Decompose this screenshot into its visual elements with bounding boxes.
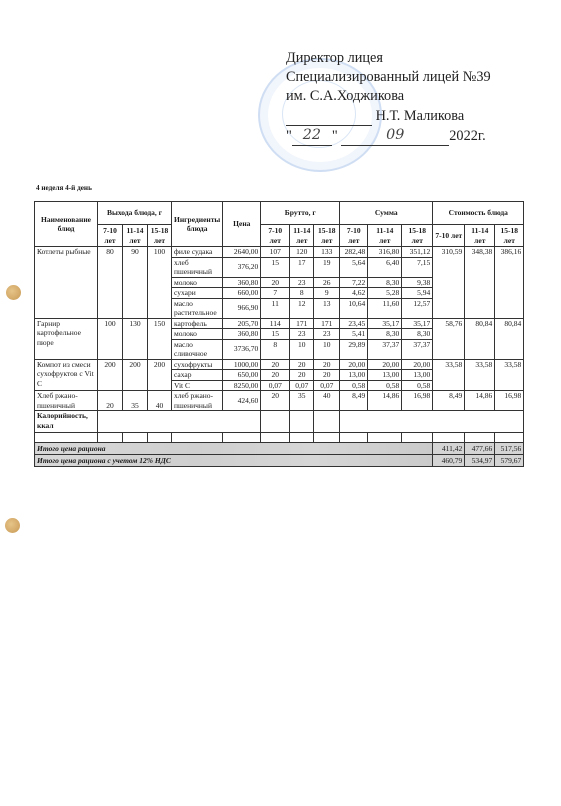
ingredient-sum: 0,58 bbox=[402, 380, 433, 391]
age-header-cost: 7-10 лет bbox=[433, 225, 465, 247]
header-yield: Выхода блюда, г bbox=[98, 202, 172, 225]
empty-cell bbox=[368, 433, 402, 443]
ingredient-brutto: 0,07 bbox=[290, 380, 314, 391]
ingredient-name: масло растительное bbox=[172, 298, 223, 318]
ingredient-sum: 13,00 bbox=[368, 370, 402, 381]
ingredient-name: Vit C bbox=[172, 380, 223, 391]
dish-cost: 8,49 bbox=[433, 391, 465, 411]
ingredient-brutto: 12 bbox=[290, 298, 314, 318]
total-row: Итого цена рациона с учетом 12% НДС460,7… bbox=[35, 455, 524, 467]
dish-cost: 310,59 bbox=[433, 247, 465, 319]
date-day: 22 bbox=[292, 126, 332, 146]
calories-cell bbox=[314, 411, 340, 433]
ingredient-price: 205,70 bbox=[223, 318, 261, 329]
ingredient-sum: 13,00 bbox=[402, 370, 433, 381]
ingredient-name: сухофрукты bbox=[172, 359, 223, 370]
ingredient-sum: 316,80 bbox=[368, 247, 402, 258]
ingredient-brutto: 107 bbox=[261, 247, 290, 258]
ingredient-brutto: 20 bbox=[290, 370, 314, 381]
ingredient-brutto: 23 bbox=[290, 277, 314, 288]
empty-cell bbox=[261, 433, 290, 443]
dish-yield: 35 bbox=[123, 391, 148, 411]
table-row: Хлеб ржано-пшеничный203540хлеб ржано-пше… bbox=[35, 391, 524, 411]
dish-cost: 80,84 bbox=[465, 318, 495, 359]
total-value: 477,66 bbox=[465, 443, 495, 455]
age-header-brutto: 11-14 лет bbox=[290, 225, 314, 247]
ingredient-name: хлеб ржано-пшеничный bbox=[172, 391, 223, 411]
dish-cost: 16,98 bbox=[495, 391, 524, 411]
ingredient-brutto: 120 bbox=[290, 247, 314, 258]
ingredient-sum: 0,58 bbox=[340, 380, 368, 391]
total-label: Итого цена рациона bbox=[35, 443, 433, 455]
date-year: 2022г. bbox=[449, 128, 485, 144]
ingredient-name: сухари bbox=[172, 288, 223, 299]
dish-yield: 150 bbox=[148, 318, 172, 359]
empty-cell bbox=[433, 433, 465, 443]
total-value: 411,42 bbox=[433, 443, 465, 455]
menu-table: Наименование блюд Выхода блюда, г Ингред… bbox=[34, 201, 524, 467]
total-label: Итого цена рациона с учетом 12% НДС bbox=[35, 455, 433, 467]
empty-cell bbox=[223, 433, 261, 443]
ingredient-sum: 14,86 bbox=[368, 391, 402, 411]
ingredient-brutto: 35 bbox=[290, 391, 314, 411]
dish-yield: 90 bbox=[123, 247, 148, 319]
age-header-cost: 11-14 лет bbox=[465, 225, 495, 247]
ingredient-brutto: 10 bbox=[290, 339, 314, 359]
ingredient-brutto: 23 bbox=[314, 329, 340, 340]
total-value: 517,56 bbox=[495, 443, 524, 455]
dish-name: Хлеб ржано-пшеничный bbox=[35, 391, 98, 411]
ingredient-brutto: 15 bbox=[261, 257, 290, 277]
empty-cell bbox=[495, 433, 524, 443]
dish-cost: 33,58 bbox=[465, 359, 495, 391]
dish-cost: 33,58 bbox=[495, 359, 524, 391]
ingredient-price: 8250,00 bbox=[223, 380, 261, 391]
ingredient-brutto: 13 bbox=[314, 298, 340, 318]
ingredient-brutto: 114 bbox=[261, 318, 290, 329]
ingredient-name: филе судака bbox=[172, 247, 223, 258]
dish-cost: 58,76 bbox=[433, 318, 465, 359]
ingredient-price: 2640,00 bbox=[223, 247, 261, 258]
ingredient-brutto: 20 bbox=[314, 359, 340, 370]
approval-signer: Н.Т. Маликова bbox=[376, 108, 465, 124]
dish-name: Компот из смеси сухофруктов с Vit C bbox=[35, 359, 98, 391]
ingredient-brutto: 0,07 bbox=[314, 380, 340, 391]
header-cost: Стоимость блюда bbox=[433, 202, 524, 225]
ingredient-price: 360,80 bbox=[223, 277, 261, 288]
dish-yield: 80 bbox=[98, 247, 123, 319]
ingredient-sum: 9,38 bbox=[402, 277, 433, 288]
ingredient-brutto: 9 bbox=[314, 288, 340, 299]
total-value: 579,67 bbox=[495, 455, 524, 467]
ingredient-sum: 10,64 bbox=[340, 298, 368, 318]
dish-cost: 33,58 bbox=[433, 359, 465, 391]
ingredient-sum: 35,17 bbox=[402, 318, 433, 329]
empty-cell bbox=[172, 433, 223, 443]
ingredient-name: сахар bbox=[172, 370, 223, 381]
approval-school: Специализированный лицей №39 bbox=[286, 68, 491, 87]
ingredient-price: 966,90 bbox=[223, 298, 261, 318]
ingredient-sum: 37,37 bbox=[368, 339, 402, 359]
approval-block: Директор лицея Специализированный лицей … bbox=[286, 49, 491, 146]
ingredient-brutto: 0,07 bbox=[261, 380, 290, 391]
dish-yield: 200 bbox=[148, 359, 172, 391]
ingredient-sum: 29,89 bbox=[340, 339, 368, 359]
ingredient-brutto: 8 bbox=[290, 288, 314, 299]
ingredient-brutto: 171 bbox=[314, 318, 340, 329]
ingredient-brutto: 20 bbox=[261, 391, 290, 411]
dish-cost: 386,16 bbox=[495, 247, 524, 319]
empty-cell bbox=[98, 433, 123, 443]
dish-yield: 200 bbox=[123, 359, 148, 391]
ingredient-price: 650,00 bbox=[223, 370, 261, 381]
age-header-yield: 15-18 лет bbox=[148, 225, 172, 247]
ingredient-brutto: 20 bbox=[314, 370, 340, 381]
approval-date: "22" 092022г. bbox=[286, 126, 491, 146]
ingredient-price: 660,00 bbox=[223, 288, 261, 299]
ingredient-sum: 23,45 bbox=[340, 318, 368, 329]
ingredient-price: 376,20 bbox=[223, 257, 261, 277]
dish-yield: 100 bbox=[98, 318, 123, 359]
empty-cell bbox=[465, 433, 495, 443]
ingredient-sum: 5,28 bbox=[368, 288, 402, 299]
ingredient-sum: 12,57 bbox=[402, 298, 433, 318]
ingredient-sum: 20,00 bbox=[340, 359, 368, 370]
age-header-sum: 7-10 лет bbox=[340, 225, 368, 247]
header-price: Цена bbox=[223, 202, 261, 247]
calories-cell bbox=[340, 411, 524, 433]
ingredient-brutto: 7 bbox=[261, 288, 290, 299]
ingredient-brutto: 20 bbox=[261, 277, 290, 288]
dish-yield: 20 bbox=[98, 391, 123, 411]
ingredient-name: хлеб пшеничный bbox=[172, 257, 223, 277]
ingredient-brutto: 19 bbox=[314, 257, 340, 277]
signature bbox=[286, 111, 372, 126]
dish-cost: 80,84 bbox=[495, 318, 524, 359]
ingredient-sum: 351,12 bbox=[402, 247, 433, 258]
calories-cell bbox=[290, 411, 314, 433]
total-value: 534,97 bbox=[465, 455, 495, 467]
ingredient-sum: 7,22 bbox=[340, 277, 368, 288]
ingredient-sum: 0,58 bbox=[368, 380, 402, 391]
age-header-brutto: 7-10 лет bbox=[261, 225, 290, 247]
header-ingredients: Ингредиенты блюда bbox=[172, 202, 223, 247]
approval-title: Директор лицея bbox=[286, 49, 491, 68]
ingredient-brutto: 133 bbox=[314, 247, 340, 258]
header-dish-name: Наименование блюд bbox=[35, 202, 98, 247]
ingredient-sum: 8,30 bbox=[368, 329, 402, 340]
ingredient-brutto: 10 bbox=[314, 339, 340, 359]
approval-school-name: им. С.А.Ходжикова bbox=[286, 87, 491, 106]
age-header-yield: 7-10 лет bbox=[98, 225, 123, 247]
age-header-sum: 15-18 лет bbox=[402, 225, 433, 247]
calories-label: Калорийность, ккал bbox=[35, 411, 98, 433]
dish-yield: 130 bbox=[123, 318, 148, 359]
ingredient-brutto: 20 bbox=[290, 359, 314, 370]
day-label: 4 неделя 4-й день bbox=[36, 184, 92, 192]
dish-yield: 200 bbox=[98, 359, 123, 391]
empty-row bbox=[35, 433, 524, 443]
ingredient-price: 3736,70 bbox=[223, 339, 261, 359]
calories-cell bbox=[261, 411, 290, 433]
ingredient-brutto: 11 bbox=[261, 298, 290, 318]
age-header-row: 7-10 лет11-14 лет15-18 лет7-10 лет11-14 … bbox=[35, 225, 524, 247]
dish-cost: 348,38 bbox=[465, 247, 495, 319]
punch-hole bbox=[5, 518, 20, 533]
ingredient-sum: 8,30 bbox=[402, 329, 433, 340]
ingredient-price: 424,60 bbox=[223, 391, 261, 411]
ingredient-brutto: 17 bbox=[290, 257, 314, 277]
ingredient-name: молоко bbox=[172, 329, 223, 340]
ingredient-price: 1000,00 bbox=[223, 359, 261, 370]
punch-hole bbox=[6, 285, 21, 300]
empty-cell bbox=[290, 433, 314, 443]
header-brutto: Брутто, г bbox=[261, 202, 340, 225]
age-header-sum: 11-14 лет bbox=[368, 225, 402, 247]
total-value: 460,79 bbox=[433, 455, 465, 467]
ingredient-sum: 7,15 bbox=[402, 257, 433, 277]
dish-cost: 14,86 bbox=[465, 391, 495, 411]
empty-cell bbox=[148, 433, 172, 443]
table-row: Гарнир картофельное пюре100130150картофе… bbox=[35, 318, 524, 329]
ingredient-sum: 5,41 bbox=[340, 329, 368, 340]
calories-cell bbox=[98, 411, 261, 433]
ingredient-brutto: 26 bbox=[314, 277, 340, 288]
ingredient-brutto: 23 bbox=[290, 329, 314, 340]
ingredient-sum: 5,94 bbox=[402, 288, 433, 299]
ingredient-sum: 11,60 bbox=[368, 298, 402, 318]
ingredient-brutto: 40 bbox=[314, 391, 340, 411]
ingredient-brutto: 15 bbox=[261, 329, 290, 340]
total-row: Итого цена рациона411,42477,66517,56 bbox=[35, 443, 524, 455]
ingredient-sum: 20,00 bbox=[402, 359, 433, 370]
ingredient-brutto: 20 bbox=[261, 370, 290, 381]
ingredient-sum: 13,00 bbox=[340, 370, 368, 381]
ingredient-sum: 8,49 bbox=[340, 391, 368, 411]
ingredient-sum: 20,00 bbox=[368, 359, 402, 370]
empty-cell bbox=[314, 433, 340, 443]
ingredient-brutto: 171 bbox=[290, 318, 314, 329]
empty-cell bbox=[340, 433, 368, 443]
calories-row: Калорийность, ккал bbox=[35, 411, 524, 433]
ingredient-name: картофель bbox=[172, 318, 223, 329]
ingredient-sum: 4,62 bbox=[340, 288, 368, 299]
dish-name: Котлеты рыбные bbox=[35, 247, 98, 319]
age-header-cost: 15-18 лет bbox=[495, 225, 524, 247]
dish-name: Гарнир картофельное пюре bbox=[35, 318, 98, 359]
age-header-yield: 11-14 лет bbox=[123, 225, 148, 247]
ingredient-sum: 5,64 bbox=[340, 257, 368, 277]
empty-cell bbox=[123, 433, 148, 443]
menu-body: Котлеты рыбные8090100филе судака2640,001… bbox=[35, 247, 524, 467]
ingredient-price: 360,80 bbox=[223, 329, 261, 340]
dish-yield: 40 bbox=[148, 391, 172, 411]
ingredient-sum: 282,48 bbox=[340, 247, 368, 258]
table-row: Котлеты рыбные8090100филе судака2640,001… bbox=[35, 247, 524, 258]
header-sum: Сумма bbox=[340, 202, 433, 225]
age-header-brutto: 15-18 лет bbox=[314, 225, 340, 247]
dish-yield: 100 bbox=[148, 247, 172, 319]
ingredient-sum: 8,30 bbox=[368, 277, 402, 288]
date-month: 09 bbox=[341, 126, 449, 146]
ingredient-sum: 6,40 bbox=[368, 257, 402, 277]
ingredient-sum: 16,98 bbox=[402, 391, 433, 411]
ingredient-name: масло сливочное bbox=[172, 339, 223, 359]
ingredient-sum: 35,17 bbox=[368, 318, 402, 329]
empty-cell bbox=[402, 433, 433, 443]
ingredient-brutto: 8 bbox=[261, 339, 290, 359]
ingredient-brutto: 20 bbox=[261, 359, 290, 370]
ingredient-name: молоко bbox=[172, 277, 223, 288]
empty-cell bbox=[35, 433, 98, 443]
table-row: Компот из смеси сухофруктов с Vit C20020… bbox=[35, 359, 524, 370]
ingredient-sum: 37,37 bbox=[402, 339, 433, 359]
approval-signature-line: Н.Т. Маликова bbox=[286, 107, 491, 126]
